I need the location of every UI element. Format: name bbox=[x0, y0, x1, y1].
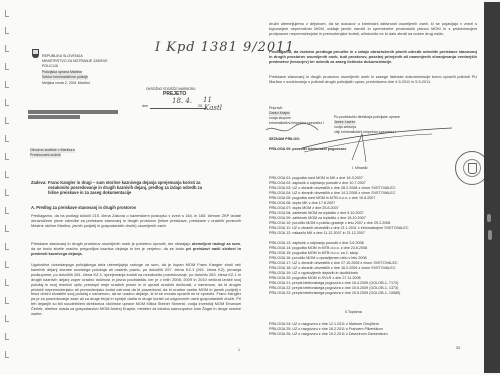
letterhead-line: MINISTRSTVO ZA NOTRANJE ZADEVE bbox=[42, 59, 108, 64]
scan-dark-edge bbox=[484, 2, 500, 373]
binder-mark bbox=[5, 189, 9, 196]
redacted-bar bbox=[28, 115, 80, 119]
letterhead-line: Meljska cesta 2, 2001 Maribor bbox=[42, 81, 90, 86]
attachment-item: PRILOGA 14: pogodba MOM in MTB d.o.o. z … bbox=[269, 246, 367, 251]
attachment-item: PRILOGA 24: UZ o razgovoru z dne 12.1.20… bbox=[269, 322, 379, 327]
binder-mark bbox=[5, 117, 9, 124]
letterhead-line: Sektor kriminalistične policije bbox=[42, 75, 88, 80]
attachment-item: PRILOGA 16: poročilo MOM o opravljenem d… bbox=[269, 256, 367, 261]
attachment-item: PRILOGA 20: pogodba MOM in SVLR z dne 27… bbox=[269, 276, 361, 281]
attachment-item: PRILOGA 25: UZ o razgovoru z dne 18.2.20… bbox=[269, 327, 383, 332]
slovenia-coat-of-arms-icon bbox=[32, 49, 39, 58]
binder-mark bbox=[5, 297, 9, 304]
paragraph: Preiskave stanovanj in drugih prostorov … bbox=[269, 75, 477, 90]
attachment-item: PRILOGA 09: zahtevek MOM za izplačilo z … bbox=[269, 216, 366, 221]
binder-mark bbox=[5, 207, 9, 214]
attachment-item: PRILOGA 15: pogodba MOM in MTB d.o.o. za… bbox=[269, 251, 358, 256]
subject-label: Zadeva: bbox=[31, 180, 46, 185]
paragraph-proposal: Predlagamo, da vsebino predloga preučite… bbox=[269, 50, 477, 70]
binder-mark bbox=[5, 10, 9, 17]
binder-mark bbox=[5, 333, 9, 340]
binder-mark bbox=[5, 279, 9, 286]
signature-name: Darko Krajnc bbox=[269, 111, 290, 116]
attachment-item: PRILOGA 08: zahtevek MOM za izplačilo z … bbox=[269, 211, 364, 216]
attachment-item: PRILOGA 12: nakazilo MK z dne 11.12.2007… bbox=[269, 231, 365, 236]
stamp-year-hand: 11 bbox=[203, 96, 212, 104]
binder-mark bbox=[5, 27, 9, 34]
handwritten-signature-icon bbox=[262, 120, 462, 170]
section-a-title: A. Predlog za preiskave stanovanj in dru… bbox=[31, 205, 136, 210]
attachment-item: PRILOGA 06: dopis MK z dne 17.8.2007 bbox=[269, 201, 335, 206]
binder-mark bbox=[5, 261, 9, 268]
paragraph: Preiskave stanovanj in drugih prostorov … bbox=[31, 242, 241, 258]
attachment-item: PRILOGA 10: poročilo MOM o poteku gradnj… bbox=[269, 221, 390, 226]
attachment-item: PRILOGA 00: povzetki telefonskih pogovor… bbox=[269, 147, 346, 152]
scanned-document-spread: REPUBLIKA SLOVENIJA MINISTRSTVO ZA NOTRA… bbox=[0, 0, 484, 375]
attachment-item: PRILOGA 03: UZ o zbranih obvestilih z dn… bbox=[269, 186, 396, 191]
section-heading: II.Toplarna bbox=[345, 310, 362, 315]
signature-label: Pripravil: bbox=[269, 106, 283, 111]
binder-mark bbox=[5, 99, 9, 106]
attachment-item: PRILOGA 02: zapisnik o odpiranju ponudb … bbox=[269, 181, 366, 186]
binder-mark bbox=[5, 315, 9, 322]
stamp-year-prefix: 20 bbox=[198, 104, 202, 109]
attachment-item: PRILOGA 19: UZ o ugotovljenih dejstvih i… bbox=[269, 271, 358, 276]
attachment-item: PRILOGA 23: prepis telefonskega pogovora… bbox=[269, 291, 400, 296]
binder-mark bbox=[5, 351, 9, 358]
attachment-item: PRILOGA 01: pogodba med MOM in MK z dne … bbox=[269, 176, 363, 181]
binder-mark bbox=[5, 243, 9, 250]
letterhead-line: REPUBLIKA SLOVENIJA bbox=[42, 54, 83, 59]
attachment-item: PRILOGA 18: UZ o zbranih obvestilih z dn… bbox=[269, 266, 396, 271]
subject-text: hišne preiskave in za zaseg dokumentacij… bbox=[48, 190, 131, 195]
page-number: 33 bbox=[456, 346, 460, 351]
binder-mark bbox=[5, 135, 9, 142]
attachment-item: PRILOGA 17: UZ o zbranih obvestilih z dn… bbox=[269, 261, 398, 266]
binder-mark bbox=[5, 171, 9, 178]
paragraph: družb utemeljujemo z dejstvom, da se dok… bbox=[269, 22, 477, 46]
attachment-item: PRILOGA 05: pogodba med MOM in MTB d.o.o… bbox=[269, 196, 375, 201]
stamp-dne: dne bbox=[142, 104, 148, 109]
attachment-item: PRILOGA 22: prepis telefonskega pogovora… bbox=[269, 286, 398, 291]
binder-mark bbox=[5, 81, 9, 88]
letterhead-line: Policijska uprava Maribor bbox=[42, 70, 82, 75]
attachment-item: PRILOGA 13: zapisnik o odpiranju ponudb … bbox=[269, 241, 364, 246]
attachment-item: PRILOGA 21: prepis telefonskega pogovora… bbox=[269, 281, 398, 286]
recipient-line: Okrožno sodišče v Mariboru bbox=[30, 148, 75, 153]
attachment-item: PRILOGA 26: UZ o razgovoru z dne 15.2.20… bbox=[269, 332, 388, 337]
scan-artifact bbox=[487, 214, 491, 222]
stamp-initials: Kastl bbox=[204, 104, 222, 112]
seal-shield-icon bbox=[468, 163, 477, 174]
binder-mark bbox=[5, 45, 9, 52]
paragraph: Ugotovitve dosedanjega policijskega dela… bbox=[31, 263, 241, 327]
binder-mark bbox=[5, 225, 9, 232]
attachment-item: PRILOGA 07: dopis MOM z dne 25.8.2007 bbox=[269, 206, 339, 211]
section-heading: I. Minarlki bbox=[352, 166, 367, 171]
redacted-bar bbox=[28, 110, 118, 114]
attachment-item: PRILOGA 04: UZ o zbranih obvestilih z dn… bbox=[269, 191, 396, 196]
letterhead-line: POLICIJA bbox=[42, 64, 58, 69]
scan-artifact bbox=[488, 230, 492, 240]
stamp-date-hand: 18. 4. bbox=[172, 97, 192, 105]
signature-line: Po pooblastilu direktorja policijske upr… bbox=[334, 115, 400, 120]
attachment-item: PRILOGA 11: UZ o zbranih obvestilih z dn… bbox=[269, 226, 409, 231]
binder-mark bbox=[5, 63, 9, 70]
paragraph: Predlagamo, da na podlagi določil 215. č… bbox=[31, 214, 241, 238]
seal-inner-ring bbox=[463, 159, 481, 177]
recipient-line: Preiskovalni sodnik bbox=[30, 153, 61, 158]
binder-mark bbox=[5, 153, 9, 160]
attachments-title: SEZNAM PRILOG: bbox=[269, 137, 300, 142]
page-number: 1 bbox=[238, 348, 240, 353]
